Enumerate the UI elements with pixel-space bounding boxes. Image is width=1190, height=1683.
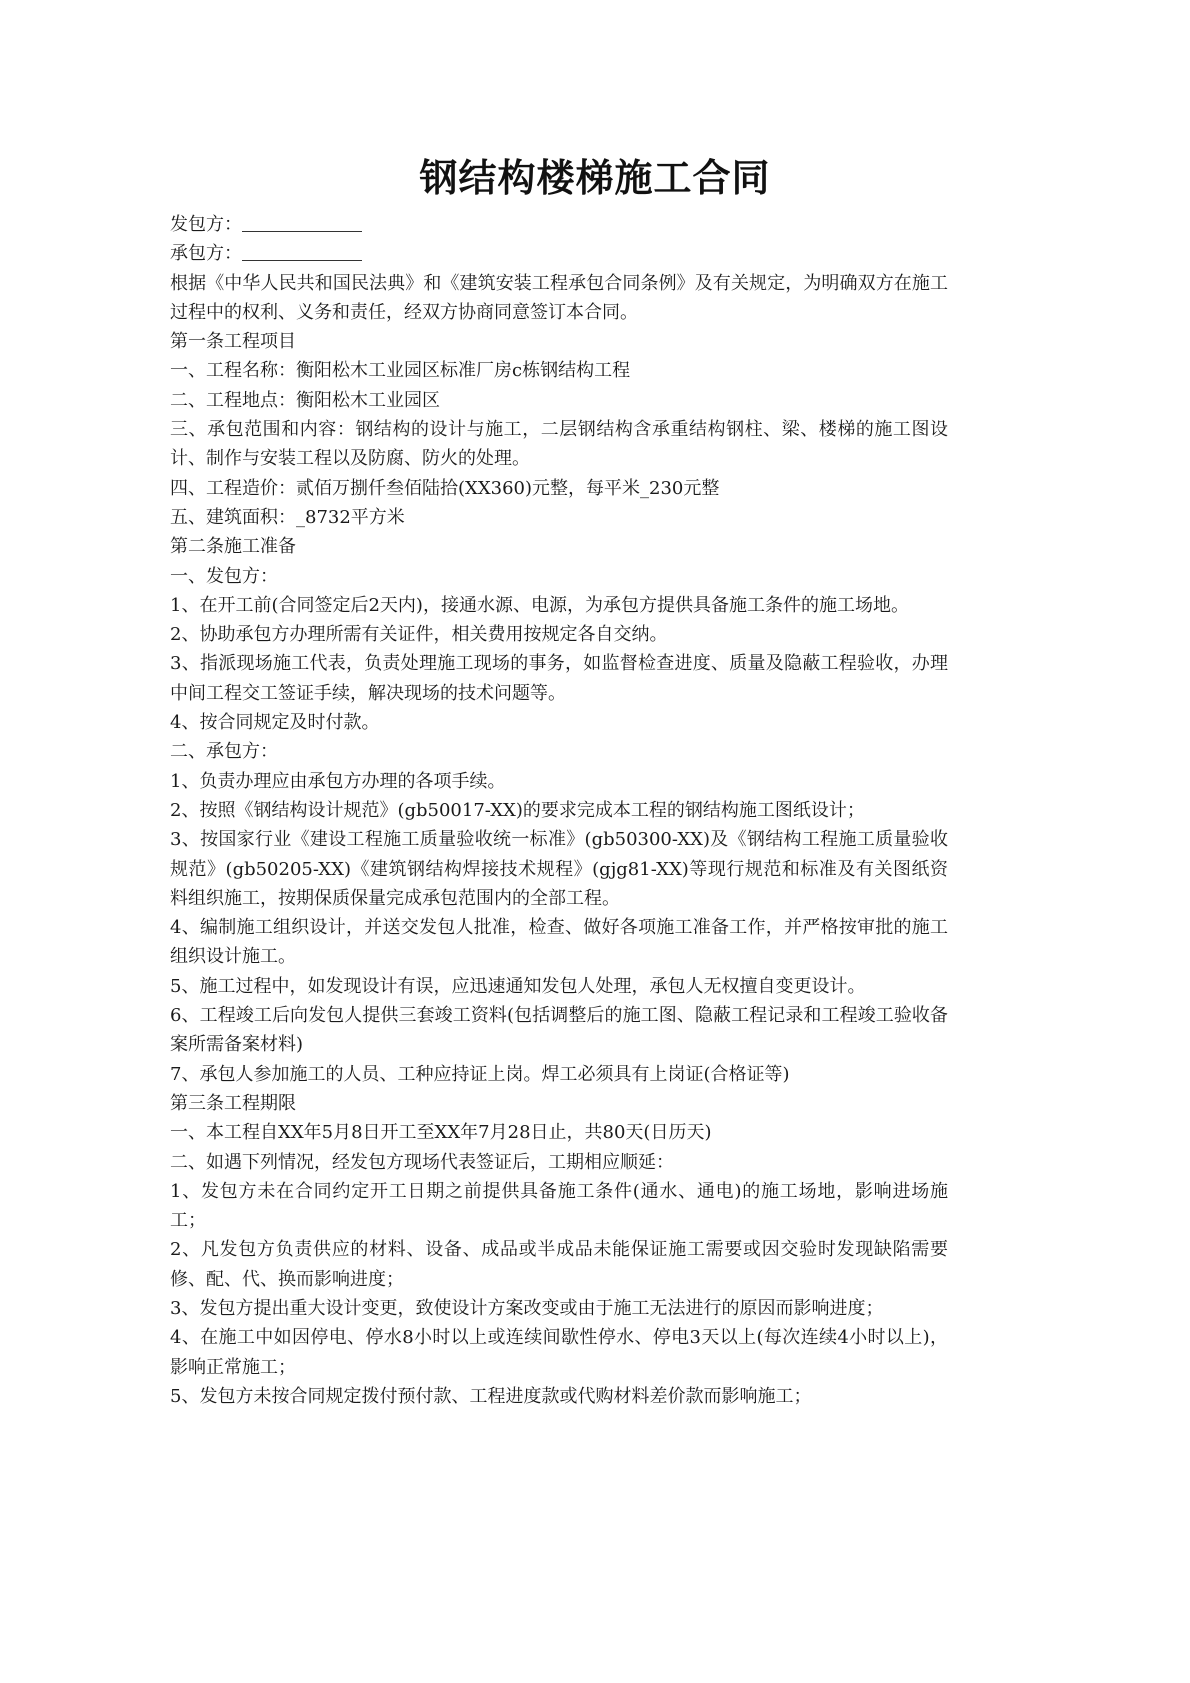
paragraph: 1、负责办理应由承包方办理的各项手续。 (170, 767, 948, 796)
paragraph: 2、按照《钢结构设计规范》(gb50017-XX)的要求完成本工程的钢结构施工图… (170, 796, 948, 825)
party-b-label: 承包方： (170, 243, 242, 264)
paragraph: 二、如遇下列情况，经发包方现场代表签证后，工期相应顺延： (170, 1148, 948, 1177)
document-page: 钢结构楼梯施工合同 发包方： 承包方： 根据《中华人民共和国民法典》和《建筑安装… (0, 0, 1190, 1683)
paragraph: 3、发包方提出重大设计变更，致使设计方案改变或由于施工无法进行的原因而影响进度； (170, 1294, 948, 1323)
paragraph: 2、凡发包方负责供应的材料、设备、成品或半成品未能保证施工需要或因交验时发现缺陷… (170, 1235, 948, 1294)
section-heading: 第一条工程项目 (170, 327, 948, 356)
paragraph: 一、工程名称：衡阳松木工业园区标准厂房c栋钢结构工程 (170, 356, 948, 385)
paragraph: 5、发包方未按合同规定拨付预付款、工程进度款或代购材料差价款而影响施工； (170, 1382, 948, 1411)
paragraph: 4、在施工中如因停电、停水8小时以上或连续间歇性停水、停电3天以上(每次连续4小… (170, 1323, 948, 1382)
paragraph: 3、指派现场施工代表，负责处理施工现场的事务，如监督检查进度、质量及隐蔽工程验收… (170, 649, 948, 708)
paragraph: 2、协助承包方办理所需有关证件，相关费用按规定各自交纳。 (170, 620, 948, 649)
section-heading: 第三条工程期限 (170, 1089, 948, 1118)
paragraph: 1、在开工前(合同签定后2天内)，接通水源、电源，为承包方提供具备施工条件的施工… (170, 591, 948, 620)
paragraph: 4、编制施工组织设计，并送交发包人批准，检查、做好各项施工准备工作，并严格按审批… (170, 913, 948, 972)
paragraph: 一、本工程自XX年5月8日开工至XX年7月28日止，共80天(日历天) (170, 1118, 948, 1147)
paragraph: 4、按合同规定及时付款。 (170, 708, 948, 737)
paragraph: 3、按国家行业《建设工程施工质量验收统一标准》(gb50300-XX)及《钢结构… (170, 825, 948, 913)
party-a-label: 发包方： (170, 214, 242, 235)
document-body: 发包方： 承包方： 根据《中华人民共和国民法典》和《建筑安装工程承包合同条例》及… (170, 210, 948, 1411)
paragraph: 一、发包方： (170, 562, 948, 591)
paragraph: 6、工程竣工后向发包人提供三套竣工资料(包括调整后的施工图、隐蔽工程记录和工程竣… (170, 1001, 948, 1060)
section-heading: 第二条施工准备 (170, 532, 948, 561)
paragraph: 5、施工过程中，如发现设计有误，应迅速通知发包人处理，承包人无权擅自变更设计。 (170, 972, 948, 1001)
paragraph: 四、工程造价：贰佰万捌仟叁佰陆拾(XX360)元整，每平米_230元整 (170, 474, 948, 503)
paragraph: 二、工程地点：衡阳松木工业园区 (170, 386, 948, 415)
paragraph: 五、建筑面积：_8732平方米 (170, 503, 948, 532)
paragraph: 三、承包范围和内容：钢结构的设计与施工，二层钢结构含承重结构钢柱、梁、楼梯的施工… (170, 415, 948, 474)
paragraph: 7、承包人参加施工的人员、工种应持证上岗。焊工必须具有上岗证(合格证等) (170, 1060, 948, 1089)
paragraph: 二、承包方： (170, 737, 948, 766)
party-b-line: 承包方： (170, 239, 948, 268)
paragraph: 根据《中华人民共和国民法典》和《建筑安装工程承包合同条例》及有关规定，为明确双方… (170, 269, 948, 328)
party-a-blank (242, 213, 362, 232)
document-title: 钢结构楼梯施工合同 (0, 150, 1190, 206)
party-b-blank (242, 242, 362, 261)
paragraph: 1、发包方未在合同约定开工日期之前提供具备施工条件(通水、通电)的施工场地，影响… (170, 1177, 948, 1236)
party-a-line: 发包方： (170, 210, 948, 239)
